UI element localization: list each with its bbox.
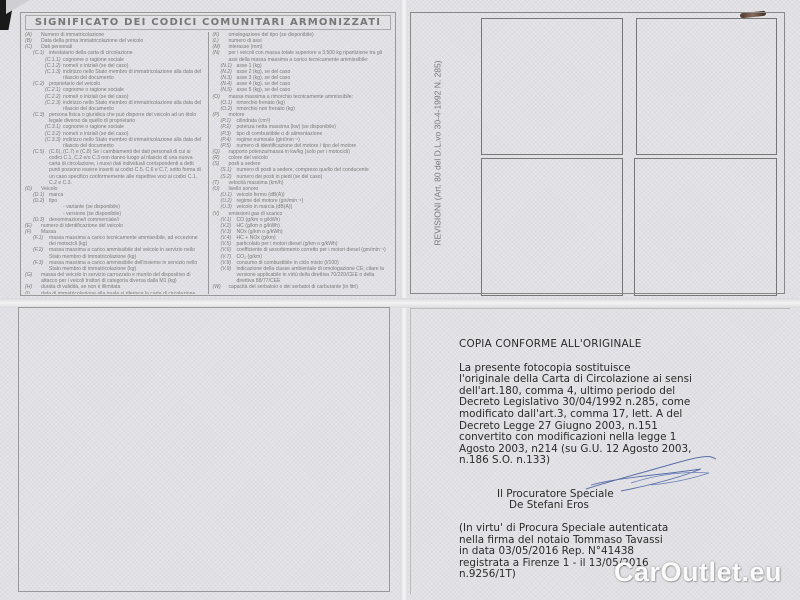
authority-line: (In virtu' di Procura Speciale autentica… (459, 523, 789, 535)
legend-code: (F.2) (33, 247, 49, 259)
legend-entry: (C.3)persona fisica o giuridica che può … (25, 112, 204, 124)
signatory-name: De Stefani Eros (497, 500, 789, 511)
legend-code: (F.1) (33, 235, 49, 247)
codes-legend-panel: SIGNIFICATO DEI CODICI COMUNITARI ARMONI… (20, 12, 396, 296)
legend-text: (C.6), (C.7) e (C.8) Se i cambiamenti de… (49, 149, 204, 186)
legend-entry: (C.2.3)indirizzo nello Stato membro di i… (25, 100, 204, 112)
legend-code: (G) (25, 272, 41, 284)
legend-text: persona fisica o giuridica che può dispo… (49, 112, 204, 124)
authority-line: in data 03/05/2016 Rep. N°41438 (459, 546, 789, 558)
caroutlet-watermark: CarOutlet.eu (614, 557, 782, 588)
legend-text: massa massima a carico tecnicamente ammi… (49, 235, 204, 247)
legend-left-column: (A)Numero di immatricolazione(B)Data del… (25, 32, 204, 294)
legend-entry: (V.9)indicazione della classe ambientale… (213, 266, 392, 284)
legend-code: (C.1.3) (45, 69, 63, 81)
legend-entry: (F.3)massa massima a carico ammissibile … (25, 260, 204, 272)
legend-entry: (C.1.3)indirizzo nello Stato membro di i… (25, 69, 204, 81)
notice-line: n.186 S.O. n.133) (459, 455, 789, 467)
legend-code: (N) (213, 50, 229, 62)
legend-code: (C.3.3) (45, 137, 63, 149)
legend-entry: (C.5)(C.6), (C.7) e (C.8) Se i cambiamen… (25, 149, 204, 186)
revisione-box (481, 158, 623, 296)
legend-entry: (C.3.3)indirizzo nello Stato membro di i… (25, 137, 204, 149)
legend-code: (C.2.3) (45, 100, 63, 112)
legend-entry: (F.2)massa massima a carico ammissibile … (25, 247, 204, 259)
notice-heading: COPIA CONFORME ALL'ORIGINALE (459, 339, 789, 351)
legend-title: SIGNIFICATO DEI CODICI COMUNITARI ARMONI… (25, 15, 391, 30)
legend-code: (I) (25, 291, 41, 294)
revisione-box (636, 18, 777, 155)
legend-code: (F.3) (33, 260, 49, 272)
legend-code: (C.3) (33, 112, 49, 124)
legend-entry: (I)data di immatricolazione alla quale s… (25, 291, 204, 294)
certified-copy-panel: COPIA CONFORME ALL'ORIGINALE La presente… (410, 308, 790, 594)
signatory: Il Procuratore Speciale De Stefani Eros (459, 489, 789, 511)
legend-entry: (W)capacità del serbatoio o dei serbatoi… (213, 284, 392, 290)
legend-code: (W) (213, 284, 229, 290)
legend-text: massa del veicolo in servizio carrozzato… (41, 272, 204, 284)
notice-line: convertito con modificazioni nella legge… (459, 432, 789, 444)
legend-code: (C.5) (33, 149, 49, 186)
legend-text: indicazione della classe ambientale di o… (237, 266, 392, 284)
revisione-box (481, 18, 623, 155)
revisione-box (634, 158, 777, 296)
revisioni-label-text: REVISIONI (Art. 80 del D.L.vo 30-4-1992 … (433, 60, 443, 245)
legend-text: indirizzo nello Stato membro di immatric… (63, 137, 204, 149)
notice-line: modificato dall'art.3, comma 17, lett. A… (459, 409, 789, 421)
legend-text: indirizzo nello Stato membro di immatric… (63, 69, 204, 81)
notice-body: La presente fotocopia sostituiscel'origi… (459, 363, 789, 467)
legend-entry: (F.1)massa massima a carico tecnicamente… (25, 235, 204, 247)
revisioni-panel: REVISIONI (Art. 80 del D.L.vo 30-4-1992 … (410, 12, 785, 294)
legend-right-column: (K)omologazione del tipo (se disponibile… (208, 32, 392, 294)
legend-entry: (N)per i veicoli con massa totale superi… (213, 50, 392, 62)
blank-panel (18, 307, 390, 592)
legend-entry: (G)massa del veicolo in servizio carrozz… (25, 272, 204, 284)
legend-text: capacità del serbatoio o dei serbatoi di… (229, 284, 392, 290)
legend-text: per i veicoli con massa totale superiore… (229, 50, 392, 62)
legend-code: (V.9) (221, 266, 237, 284)
legend-text: massa massima a carico ammissibile dell'… (49, 260, 204, 272)
legend-text: data di immatricolazione alla quale si r… (41, 291, 204, 294)
revisioni-label: REVISIONI (Art. 80 del D.L.vo 30-4-1992 … (423, 53, 453, 253)
legend-text: indirizzo nello Stato membro di immatric… (63, 100, 204, 112)
legend-text: massa massima a carico ammissibile del v… (49, 247, 204, 259)
